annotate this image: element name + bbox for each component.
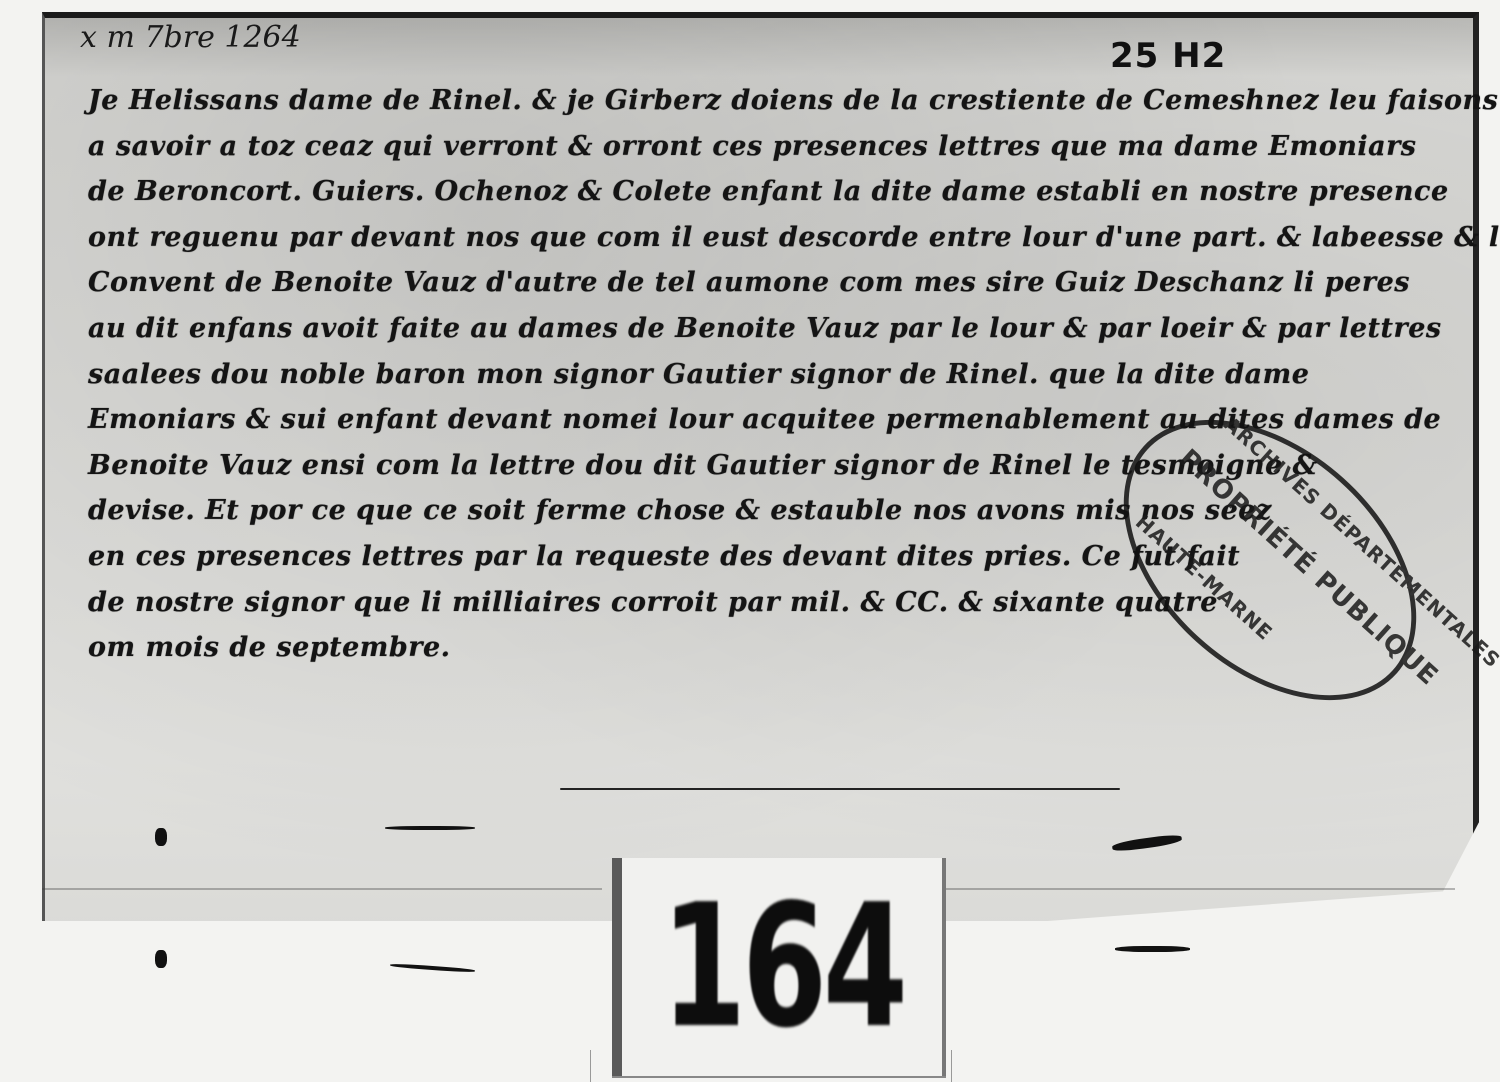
text-line: Convent de Benoite Vauz d'autre de tel a… xyxy=(88,260,1428,306)
archive-date-annotation: x m 7bre 1264 xyxy=(80,20,301,55)
text-line: Je Helissans dame de Rinel. & je Girberz… xyxy=(88,78,1428,124)
fold-line xyxy=(935,888,1455,890)
text-line: saalees dou noble baron mon signor Gauti… xyxy=(88,352,1428,398)
line-filler-stroke xyxy=(560,788,1120,790)
text-line: ont reguenu par devant nos que com il eu… xyxy=(88,215,1428,261)
seal-slit-mark xyxy=(1115,946,1190,952)
seal-hole-mark xyxy=(155,828,167,846)
archive-call-number: 25 H2 xyxy=(1110,36,1226,76)
photo-number: 164 xyxy=(661,868,904,1066)
seal-slit-mark xyxy=(385,826,475,830)
fold-line xyxy=(42,888,602,890)
text-line: de Beroncort. Guiers. Ochenoz & Colete e… xyxy=(88,169,1428,215)
text-line: au dit enfans avoit faite au dames de Be… xyxy=(88,306,1428,352)
seal-tag-strings xyxy=(590,1050,952,1082)
seal-slit-mark xyxy=(390,963,475,973)
text-line: a savoir a toz ceaz qui verront & orront… xyxy=(88,124,1428,170)
photo-number-card: 164 xyxy=(612,858,946,1076)
seal-hole-mark xyxy=(155,950,167,968)
charter-photograph: x m 7bre 1264 25 H2 Je Helissans dame de… xyxy=(0,0,1500,1082)
